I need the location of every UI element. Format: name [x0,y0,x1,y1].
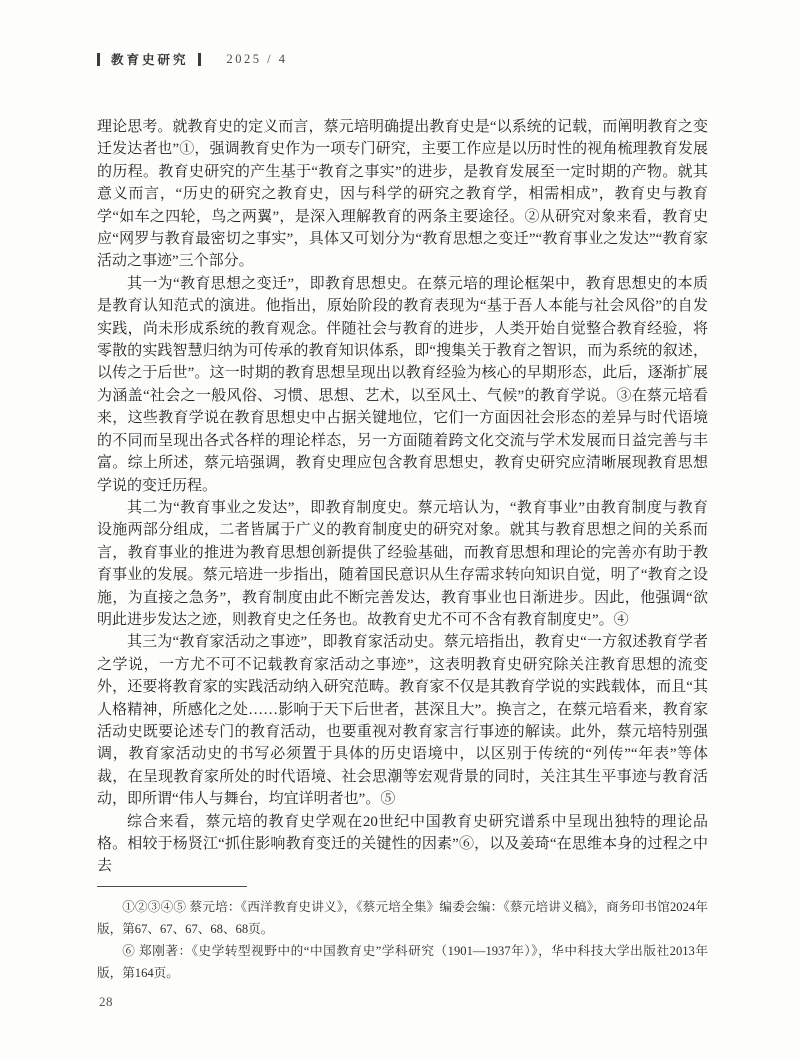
body-paragraph: 其二为“教育事业之发达”，即教育制度史。蔡元培认为，“教育事业”由教育制度与教育… [97,497,708,631]
document-page: 教育史研究 2025 / 4 理论思考。就教育史的定义而言，蔡元培明确提出教育史… [0,0,800,1059]
footnote-entry: ⑥ 郑刚著：《史学转型视野中的“中国教育史”学科研究（1901—1937年）》，… [97,940,708,984]
footnote-separator-rule [97,886,247,887]
body-paragraph: 其三为“教育家活动之事迹”，即教育家活动史。蔡元培指出，教育史“一方叙述教育学者… [97,631,708,810]
journal-title: 教育史研究 [111,50,189,68]
footnote-entry: ①②③④⑤ 蔡元培：《西洋教育史讲义》，《蔡元培全集》编委会编：《蔡元培讲义稿》… [97,896,708,940]
header-left-bar-icon [97,53,100,66]
body-paragraph: 综合来看，蔡元培的教育史学观在20世纪中国教育史研究谱系中呈现出独特的理论品格。… [97,811,708,878]
footnote-section: ①②③④⑤ 蔡元培：《西洋教育史讲义》，《蔡元培全集》编委会编：《蔡元培讲义稿》… [97,886,708,984]
article-body: 理论思考。就教育史的定义而言，蔡元培明确提出教育史是“以系统的记载，而阐明教育之… [97,116,708,878]
running-head: 教育史研究 2025 / 4 [97,50,288,68]
body-paragraph: 理论思考。就教育史的定义而言，蔡元培明确提出教育史是“以系统的记载，而阐明教育之… [97,116,708,273]
body-paragraph: 其一为“教育思想之变迁”，即教育思想史。在蔡元培的理论框架中，教育思想史的本质是… [97,273,708,497]
header-right-bar-icon [198,53,201,66]
journal-issue: 2025 / 4 [227,52,288,67]
page-number: 28 [99,994,113,1010]
